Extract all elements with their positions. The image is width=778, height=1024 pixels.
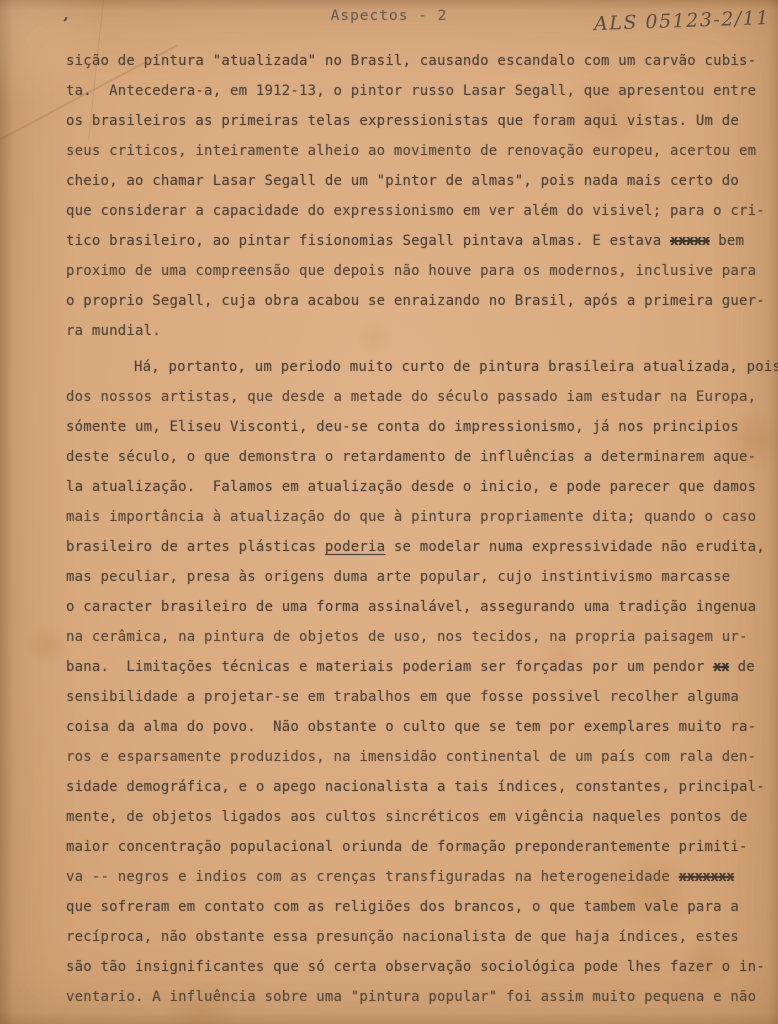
text-line: o caracter brasileiro de uma forma assin… — [66, 592, 766, 622]
struck-out-text: xxxxx — [670, 233, 710, 249]
text-line: maior concentração populacional oriunda … — [66, 832, 766, 862]
line-segment: sómente um, Eliseu Visconti, deu-se cont… — [66, 419, 739, 435]
text-line: ventario. A influência sobre uma "pintur… — [66, 982, 766, 1012]
underlined-text: poderia — [325, 539, 385, 555]
line-segment: mas peculiar, presa às origens duma arte… — [66, 569, 730, 585]
line-segment: na cerâmica, na pintura de objetos de us… — [66, 629, 748, 645]
text-line: o proprio Segall, cuja obra acabou se en… — [66, 286, 766, 316]
struck-out-text: xxxxxxx — [679, 869, 735, 885]
text-line: bana. Limitações técnicas e materiais po… — [66, 652, 766, 682]
archive-annotation-handwritten: ALS 05123-2/11 — [594, 7, 771, 35]
line-segment: seus criticos, inteiramente alheio ao mo… — [66, 143, 756, 159]
line-segment: que sofreram em contato com as religiões… — [66, 899, 739, 915]
text-line: recíproca, não obstante essa presunção n… — [66, 922, 766, 952]
line-segment: bem — [710, 233, 745, 249]
text-line: deste século, o que demonstra o retardam… — [66, 442, 766, 472]
line-segment: sensibilidade a projetar-se em trabalhos… — [66, 689, 739, 705]
line-segment: que considerar a capacidade do expressio… — [66, 203, 765, 219]
text-line: tico brasileiro, ao pintar fisionomias S… — [66, 226, 766, 256]
text-line: ra mundial. — [66, 316, 766, 346]
text-line: mas peculiar, presa às origens duma arte… — [66, 562, 766, 592]
text-line: são tão insignificantes que só certa obs… — [66, 952, 766, 982]
line-segment: o caracter brasileiro de uma forma assin… — [66, 599, 756, 615]
line-segment: mais importância à atualização do que à … — [66, 509, 756, 525]
line-segment: ra mundial. — [66, 323, 161, 339]
line-segment: sição de pintura "atualizada" no Brasil,… — [66, 53, 756, 69]
text-line: que sofreram em contato com as religiões… — [66, 892, 766, 922]
text-line: ros e esparsamente produzidos, na imensi… — [66, 742, 766, 772]
text-line: dos nossos artistas, que desde a metade … — [66, 382, 766, 412]
line-segment: maior concentração populacional oriunda … — [66, 839, 748, 855]
text-line: mente, de objetos ligados aos cultos sin… — [66, 802, 766, 832]
text-line: sensibilidade a projetar-se em trabalhos… — [66, 682, 766, 712]
line-segment: ros e esparsamente produzidos, na imensi… — [66, 749, 756, 765]
text-line: ta. Antecedera-a, em 1912-13, o pintor r… — [66, 76, 766, 106]
text-line: mais importância à atualização do que à … — [66, 502, 766, 532]
text-line: proximo de uma compreensão que depois nã… — [66, 256, 766, 286]
line-segment: são tão insignificantes que só certa obs… — [66, 959, 765, 975]
line-segment: bana. Limitações técnicas e materiais po… — [66, 659, 713, 675]
line-segment: proximo de uma compreensão que depois nã… — [66, 263, 756, 279]
text-line: os brasileiros as primeiras telas expres… — [66, 106, 766, 136]
struck-out-text: xx — [713, 659, 729, 675]
line-segment: ventario. A influência sobre uma "pintur… — [66, 989, 756, 1005]
line-segment: tico brasileiro, ao pintar fisionomias S… — [66, 233, 670, 249]
text-line: brasileiro de artes plásticas poderia se… — [66, 532, 766, 562]
line-segment: sidade demográfica, e o apego nacionalis… — [66, 779, 765, 795]
typewritten-body: sição de pintura "atualizada" no Brasil,… — [66, 46, 766, 1012]
line-segment: dos nossos artistas, que desde a metade … — [66, 389, 756, 405]
text-line: sição de pintura "atualizada" no Brasil,… — [66, 46, 766, 76]
text-line: na cerâmica, na pintura de objetos de us… — [66, 622, 766, 652]
line-segment: brasileiro de artes plásticas — [66, 539, 325, 555]
line-segment: os brasileiros as primeiras telas expres… — [66, 113, 739, 129]
text-line: coisa da alma do povo. Não obstante o cu… — [66, 712, 766, 742]
text-line: cheio, ao chamar Lasar Segall de um "pin… — [66, 166, 766, 196]
line-segment: mente, de objetos ligados aos cultos sin… — [66, 809, 748, 825]
text-line: Há, portanto, um periodo muito curto de … — [66, 352, 766, 382]
text-line: seus criticos, inteiramente alheio ao mo… — [66, 136, 766, 166]
text-line: sidade demográfica, e o apego nacionalis… — [66, 772, 766, 802]
line-segment: coisa da alma do povo. Não obstante o cu… — [66, 719, 756, 735]
text-line: la atualização. Falamos em atualização d… — [66, 472, 766, 502]
line-segment: va -- negros e indios com as crenças tra… — [66, 869, 679, 885]
line-segment: o proprio Segall, cuja obra acabou se en… — [66, 293, 765, 309]
line-segment: cheio, ao chamar Lasar Segall de um "pin… — [66, 173, 739, 189]
line-segment: la atualização. Falamos em atualização d… — [66, 479, 756, 495]
line-segment: recíproca, não obstante essa presunção n… — [66, 929, 739, 945]
text-line: que considerar a capacidade do expressio… — [66, 196, 766, 226]
line-segment: ta. Antecedera-a, em 1912-13, o pintor r… — [66, 83, 756, 99]
line-segment: se modelar numa expressividade não erudi… — [385, 539, 765, 555]
line-segment: deste século, o que demonstra o retardam… — [66, 449, 756, 465]
line-segment: Há, portanto, um periodo muito curto de … — [134, 359, 778, 375]
document-page: Aspectos - 2 ALS 05123-2/11 ʼ sição de p… — [0, 0, 778, 1024]
text-line: sómente um, Eliseu Visconti, deu-se cont… — [66, 412, 766, 442]
text-line: va -- negros e indios com as crenças tra… — [66, 862, 766, 892]
line-segment: de — [729, 659, 755, 675]
